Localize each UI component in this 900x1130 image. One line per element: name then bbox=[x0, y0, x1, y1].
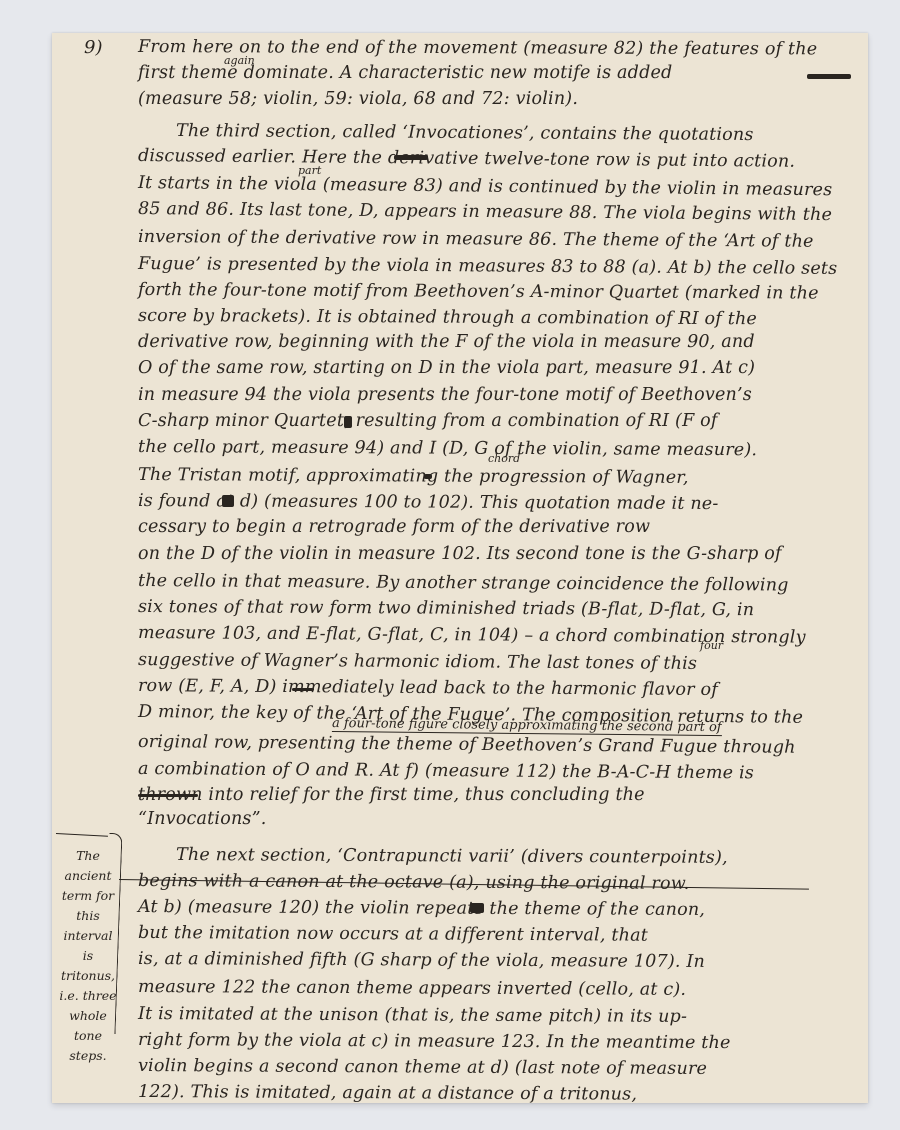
text-line: The third section, called ‘Invocationes’… bbox=[176, 121, 754, 145]
text-line: measure 122 the canon theme appears inve… bbox=[138, 977, 686, 1000]
text-line: C-sharp minor Quartet, resulting from a … bbox=[138, 411, 718, 431]
text-line: At b) (measure 120) the violin repeats t… bbox=[138, 897, 705, 920]
text-line: discussed earlier. Here the derivative t… bbox=[138, 146, 795, 172]
text-line: the cello part, measure 94) and I (D, G … bbox=[138, 437, 757, 460]
paragraph-number: 9) bbox=[84, 37, 102, 58]
text-line: (measure 58; violin, 59: viola, 68 and 7… bbox=[138, 89, 578, 109]
text-line: Fugue’ is presented by the viola in meas… bbox=[138, 254, 837, 279]
text-line: right form by the viola at c) in measure… bbox=[138, 1030, 731, 1053]
text-line: is, at a diminished fifth (G sharp of th… bbox=[138, 949, 705, 972]
strikethrough bbox=[807, 74, 851, 79]
text-line: suggestive of Wagner’s harmonic idiom. T… bbox=[138, 650, 697, 674]
text-line: forth the four-tone motif from Beethoven… bbox=[138, 280, 819, 304]
text-line: It starts in the viola (measure 83) and … bbox=[138, 173, 833, 200]
text-line: thrown into relief for the first time, t… bbox=[138, 785, 645, 805]
text-line: score by brackets). It is obtained throu… bbox=[138, 306, 757, 329]
text-line: 85 and 86. Its last tone, D, appears in … bbox=[138, 199, 832, 225]
text-line: The next section, ‘Contrapuncti varii’ (… bbox=[176, 845, 728, 868]
text-line: inversion of the derivative row in measu… bbox=[138, 227, 814, 252]
strikethrough bbox=[138, 794, 198, 797]
strikethrough bbox=[394, 155, 428, 160]
text-line: a combination of O and R. At f) (measure… bbox=[138, 759, 754, 783]
text-line: six tones of that row form two diminishe… bbox=[138, 597, 754, 620]
text-line: 122). This is imitated, again at a dista… bbox=[138, 1082, 637, 1105]
text-line: derivative row, beginning with the F of … bbox=[138, 332, 755, 352]
text-line: It is imitated at the unison (that is, t… bbox=[138, 1004, 687, 1027]
insertion-four: four bbox=[700, 639, 723, 652]
text-line: original row, presenting the theme of Be… bbox=[138, 732, 796, 758]
text-line: violin begins a second canon theme at d)… bbox=[138, 1056, 707, 1079]
insertion-chord: chord bbox=[488, 452, 520, 465]
margin-bracket-top bbox=[56, 833, 108, 837]
text-line: on the D of the violin in measure 102. I… bbox=[138, 544, 782, 564]
text-line: O of the same row, starting on D in the … bbox=[138, 358, 755, 378]
strikethrough bbox=[424, 474, 432, 479]
text-line: the cello in that measure. By another st… bbox=[138, 571, 789, 596]
strikethrough bbox=[222, 495, 234, 507]
text-line: cessary to begin a retrograde form of th… bbox=[138, 517, 650, 537]
margin-note: The ancient term for this interval is tr… bbox=[58, 846, 118, 1066]
text-line: in measure 94 the viola presents the fou… bbox=[138, 385, 752, 405]
manuscript-page: 9) From here on to the end of the moveme… bbox=[52, 33, 868, 1103]
text-line: row (E, F, A, D) immediately lead back t… bbox=[138, 676, 718, 700]
text-line: The Tristan motif, approximating the pro… bbox=[138, 465, 689, 488]
strikethrough bbox=[344, 416, 352, 428]
text-line: but the imitation now occurs at a differ… bbox=[138, 923, 648, 946]
text-line: first theme dominate. A characteristic n… bbox=[138, 63, 672, 83]
strikethrough bbox=[470, 903, 484, 913]
strikethrough bbox=[292, 688, 314, 691]
text-line: “Invocations”. bbox=[138, 809, 267, 829]
